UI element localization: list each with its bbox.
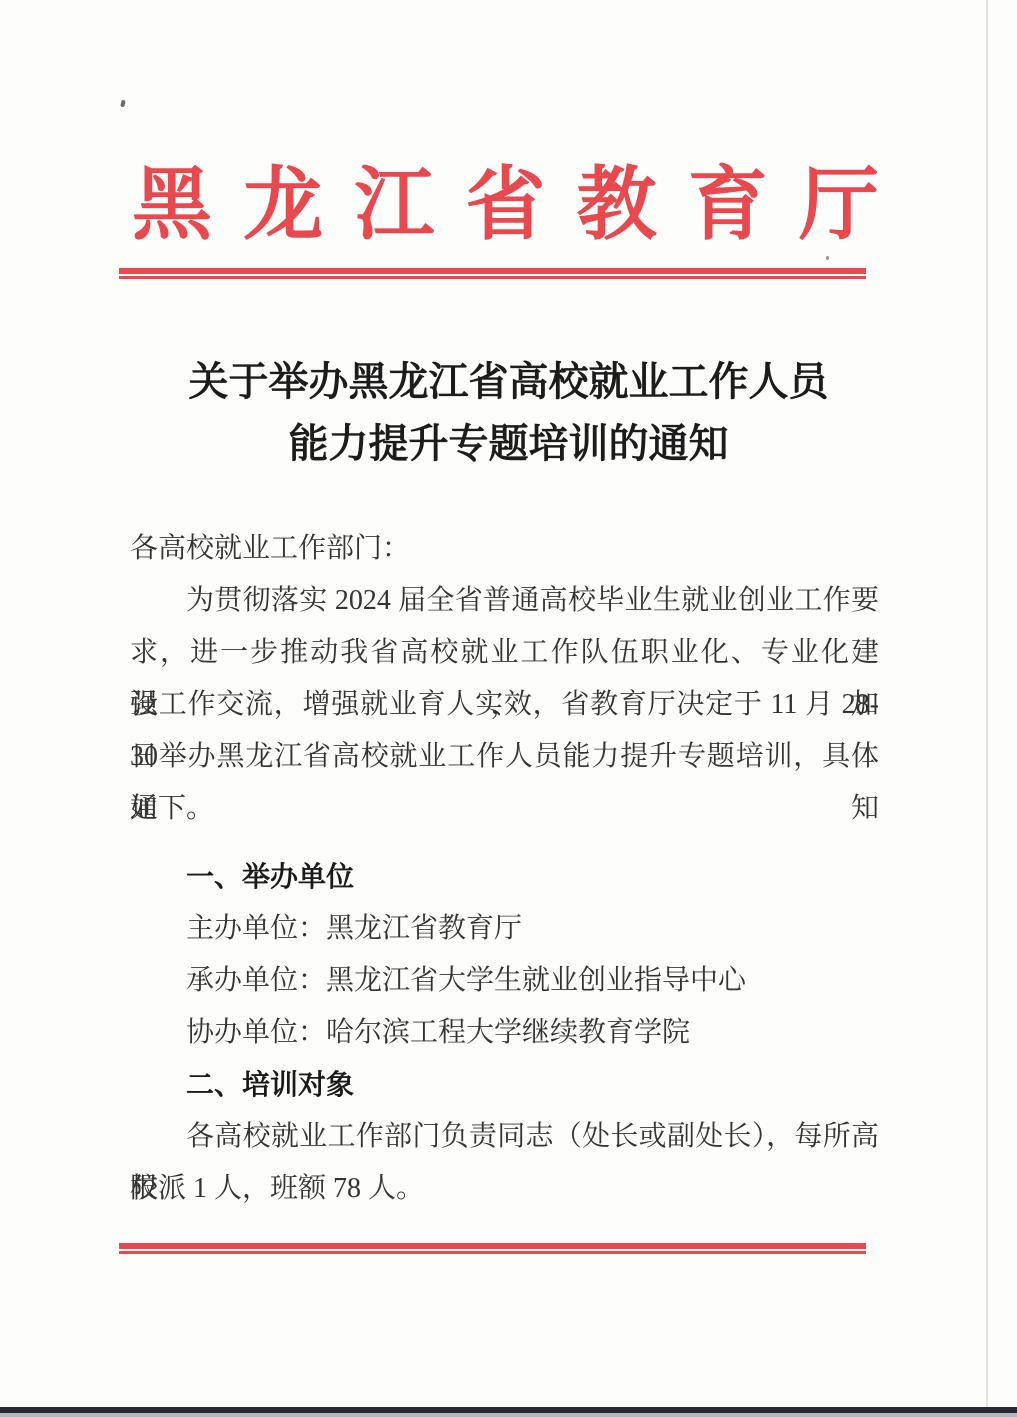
document-title-line1: 关于举办黑龙江省高校就业工作人员	[0, 351, 1017, 413]
letterhead-char: 育	[688, 160, 768, 252]
footer-divider	[119, 1243, 866, 1254]
letterhead-char: 黑	[132, 160, 212, 252]
scan-crease	[986, 0, 988, 1407]
letterhead-divider	[119, 268, 866, 279]
paragraph-line: 为贯彻落实 2024 届全省普通高校毕业生就业创业工作要	[130, 575, 879, 627]
letterhead-char: 江	[354, 160, 434, 252]
letterhead-char: 厅	[799, 160, 879, 252]
host-unit-line: 主办单位：黑龙江省教育厅	[130, 903, 879, 955]
salutation: 各高校就业工作部门：	[130, 523, 879, 575]
section-heading-1: 一、举办单位	[130, 851, 879, 903]
section-heading-2: 二、培训对象	[130, 1059, 879, 1111]
scan-speck	[826, 256, 829, 260]
organizer-unit-line: 承办单位：黑龙江省大学生就业创业指导中心	[130, 955, 879, 1007]
scan-speck	[120, 100, 126, 108]
letterhead-org-name: 黑 龙 江 省 教 育 厅	[132, 160, 879, 252]
document-title-line2: 能力提升专题培训的通知	[0, 413, 1017, 475]
paragraph-line: 日举办黑龙江省高校就业工作人员能力提升专题培训，具体通知	[130, 731, 879, 783]
co-organizer-unit-line: 协办单位：哈尔滨工程大学继续教育学院	[130, 1007, 879, 1059]
letterhead-char: 龙	[243, 160, 323, 252]
letterhead-char: 教	[577, 160, 657, 252]
paragraph-line: 强工作交流，增强就业育人实效，省教育厅决定于 11 月 28-30	[130, 679, 879, 731]
letterhead-char: 省	[465, 160, 545, 252]
scan-edge-gray	[0, 1413, 1017, 1417]
paragraph-line: 求，进一步推动我省高校就业工作队伍职业化、专业化建设，加	[130, 627, 879, 679]
document-title: 关于举办黑龙江省高校就业工作人员 能力提升专题培训的通知	[0, 351, 1017, 475]
document-body: 各高校就业工作部门： 为贯彻落实 2024 届全省普通高校毕业生就业创业工作要 …	[130, 523, 879, 1215]
paragraph-line: 各高校就业工作部门负责同志（处长或副处长），每所高校	[130, 1111, 879, 1163]
paragraph-line: 限派 1 人，班额 78 人。	[130, 1163, 879, 1215]
document-page: 黑 龙 江 省 教 育 厅 关于举办黑龙江省高校就业工作人员 能力提升专题培训的…	[0, 0, 1017, 1417]
